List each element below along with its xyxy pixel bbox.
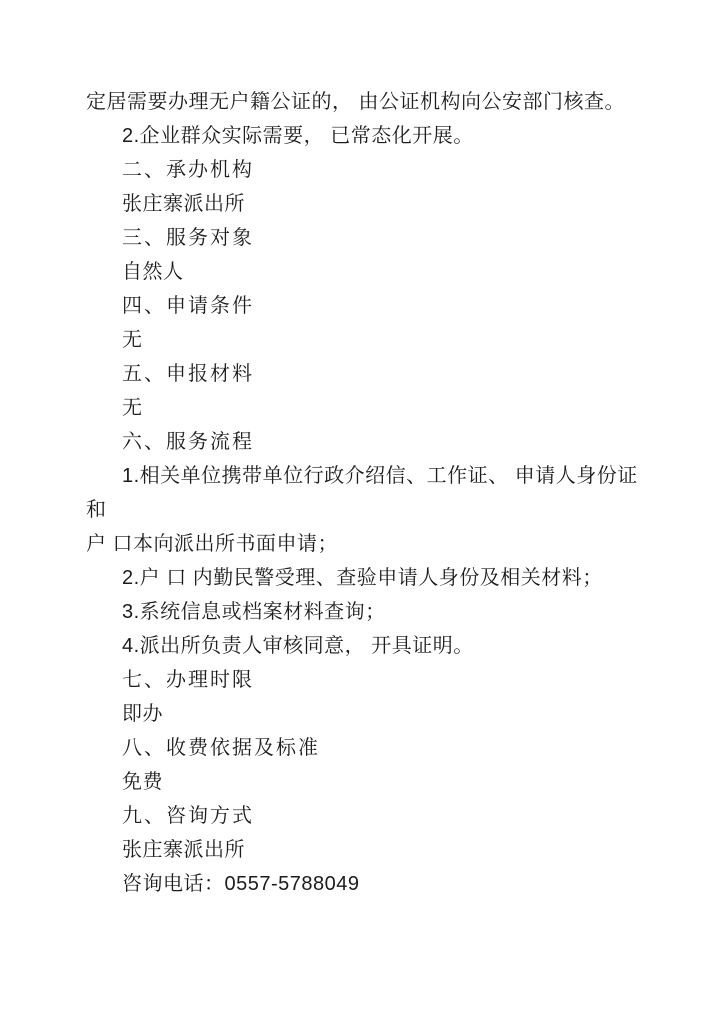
step-line-1-wrap: 户 口本向派出所书面申请； bbox=[86, 527, 655, 561]
step-line-4: 4.派出所负责人审核同意， 开具证明。 bbox=[86, 629, 655, 663]
step-line-2: 2.户 口 内勤民警受理、查验申请人身份及相关材料； bbox=[86, 561, 655, 595]
section-heading-9: 九、咨询方式 bbox=[86, 799, 655, 833]
section-value: 无 bbox=[86, 323, 655, 357]
section-value: 无 bbox=[86, 391, 655, 425]
section-heading-7: 七、办理时限 bbox=[86, 663, 655, 697]
section-heading-2: 二、承办机构 bbox=[86, 153, 655, 187]
section-value: 自然人 bbox=[86, 255, 655, 289]
section-heading-8: 八、收费依据及标准 bbox=[86, 731, 655, 765]
paragraph-wrap-line: 定居需要办理无户籍公证的， 由公证机构向公安部门核查。 bbox=[86, 85, 655, 119]
section-value: 即办 bbox=[86, 697, 655, 731]
step-line-3: 3.系统信息或档案材料查询； bbox=[86, 595, 655, 629]
phone-line: 咨询电话：0557-5788049 bbox=[86, 867, 655, 901]
section-heading-3: 三、服务对象 bbox=[86, 221, 655, 255]
section-heading-6: 六、服务流程 bbox=[86, 425, 655, 459]
section-heading-4: 四、申请条件 bbox=[86, 289, 655, 323]
paragraph-line: 2.企业群众实际需要， 已常态化开展。 bbox=[86, 119, 655, 153]
section-value: 张庄寨派出所 bbox=[86, 187, 655, 221]
section-value: 免费 bbox=[86, 765, 655, 799]
section-heading-5: 五、申报材料 bbox=[86, 357, 655, 391]
step-line-1: 1.相关单位携带单位行政介绍信、工作证、 申请人身份证和 bbox=[86, 459, 655, 527]
document-page: 定居需要办理无户籍公证的， 由公证机构向公安部门核查。 2.企业群众实际需要， … bbox=[0, 0, 715, 1011]
section-value: 张庄寨派出所 bbox=[86, 833, 655, 867]
